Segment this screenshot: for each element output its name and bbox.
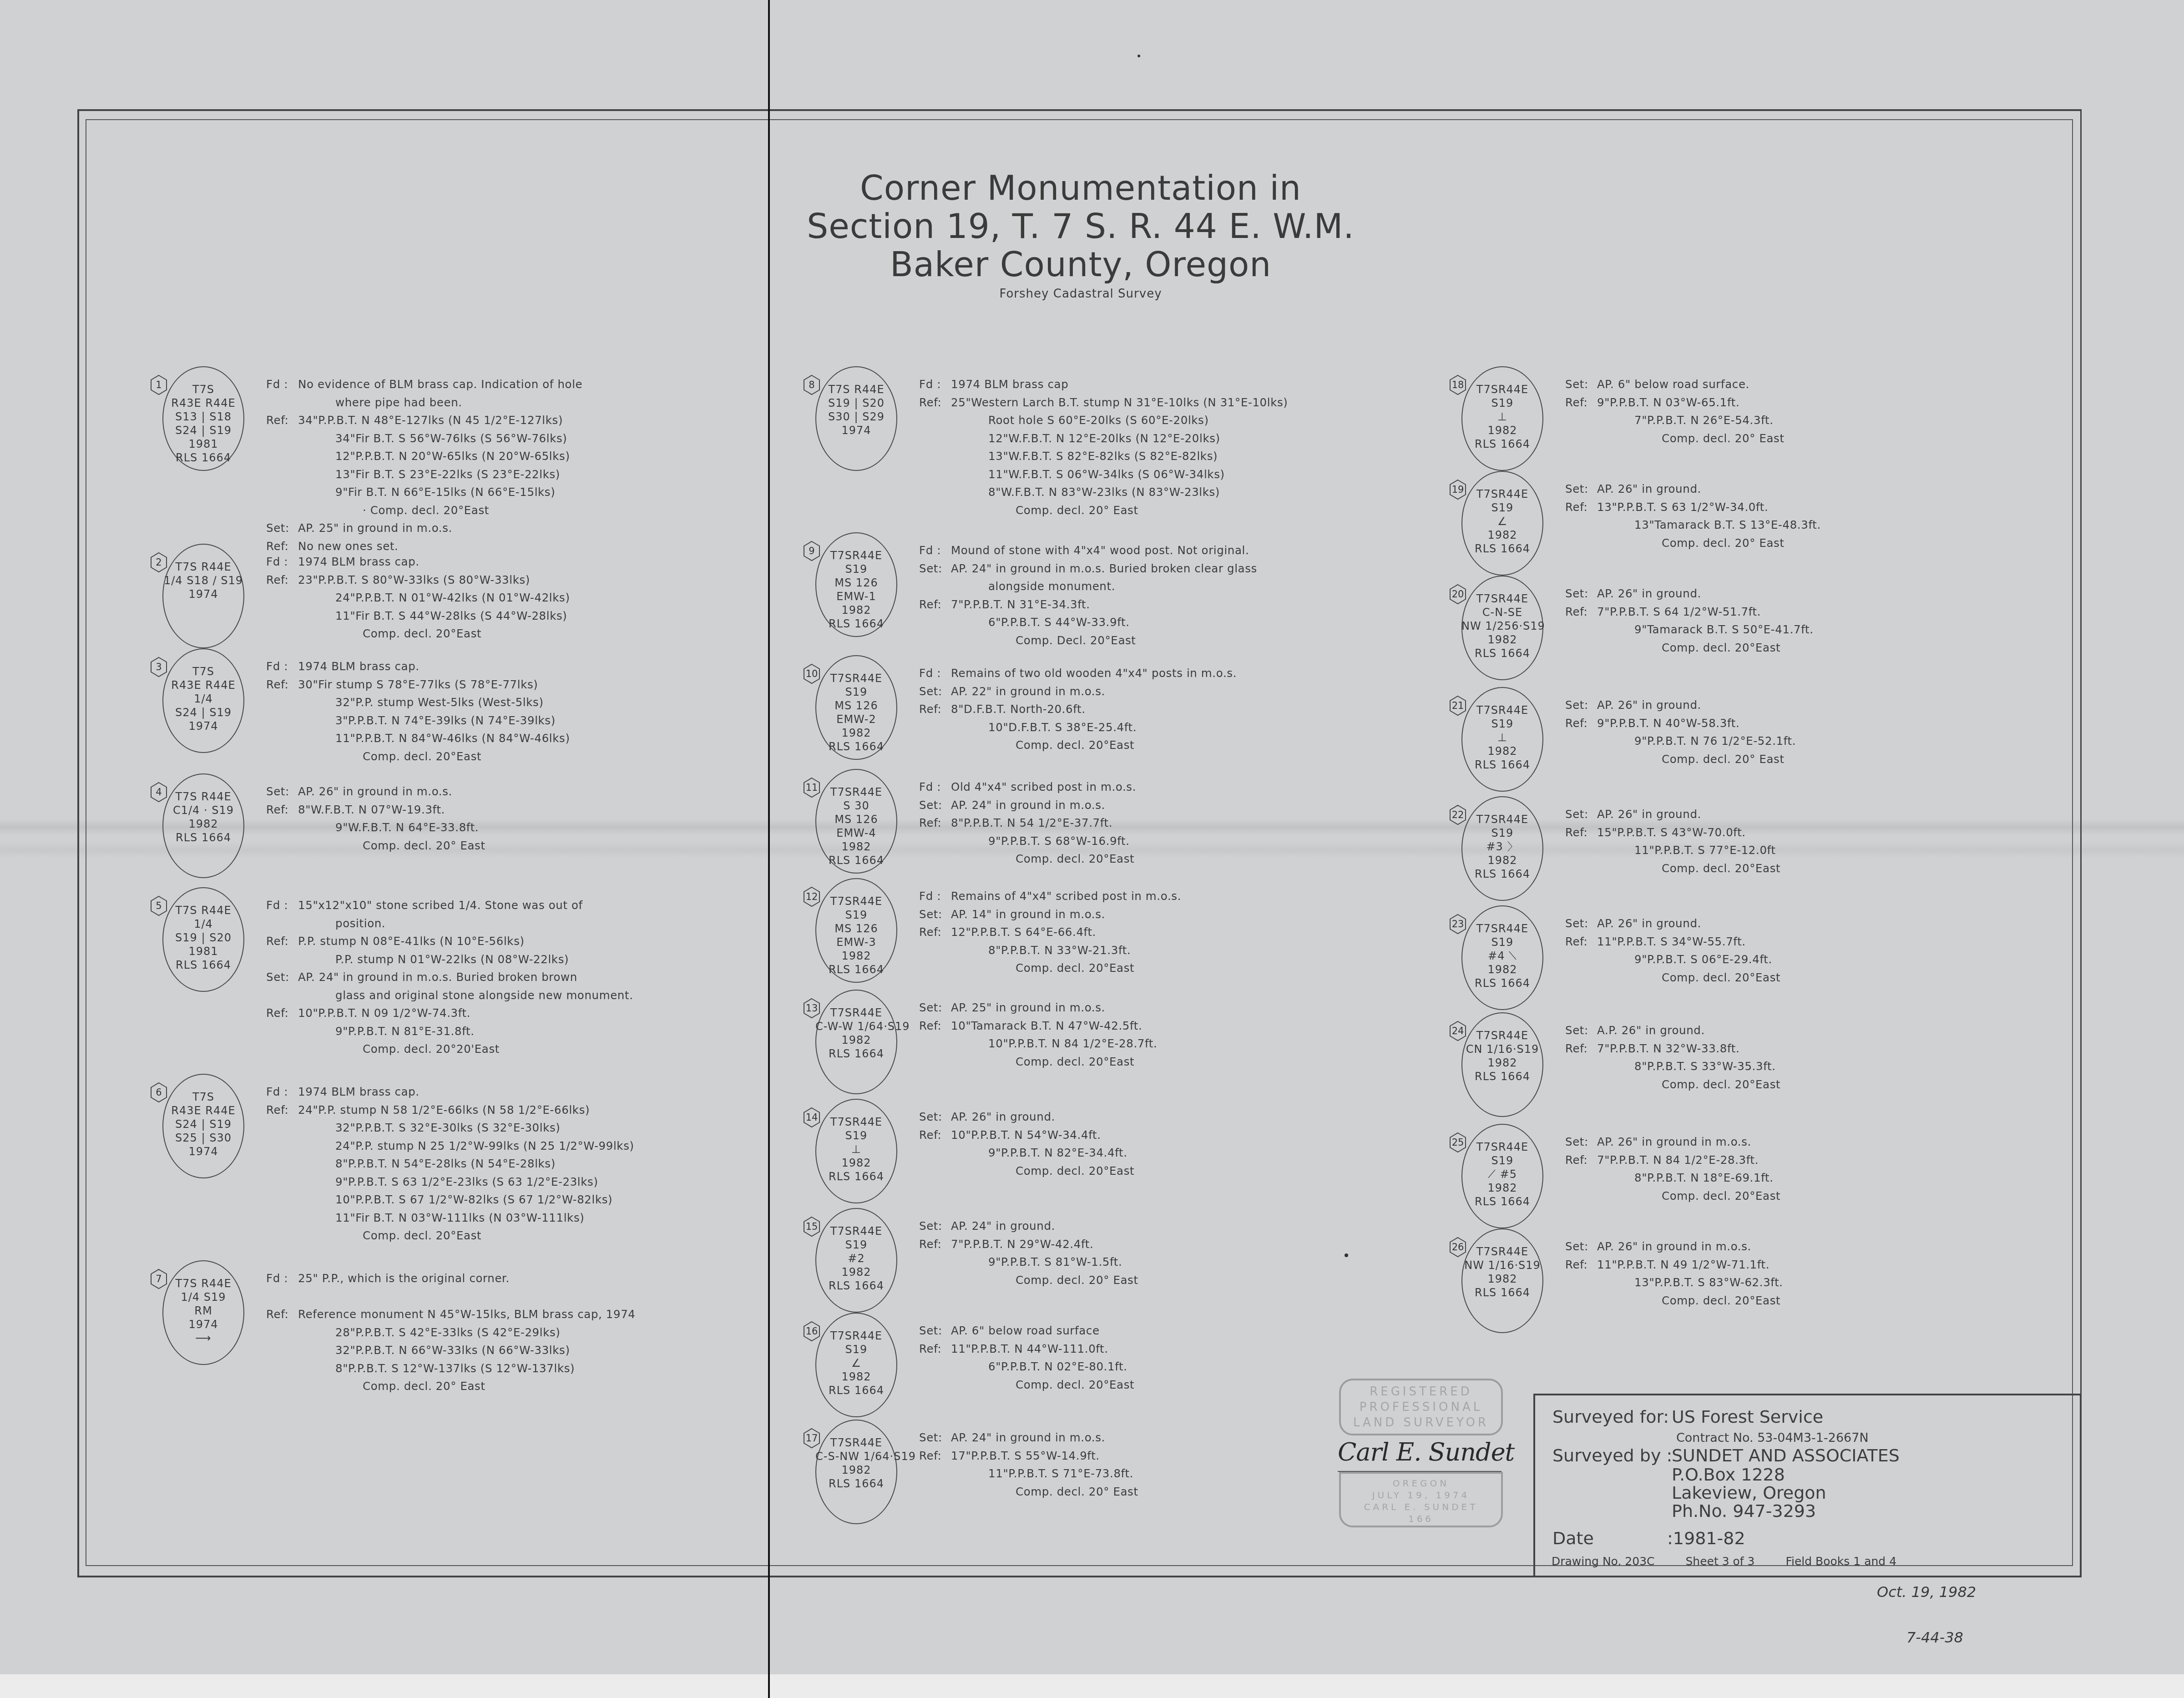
- note-label: Set:: [919, 682, 951, 701]
- note-text: Comp. decl. 20° East: [298, 837, 485, 855]
- note-text: 8"P.P.B.T. N 33°W-21.3ft.: [951, 941, 1131, 960]
- note-line: Comp. decl. 20° East: [1565, 430, 1785, 448]
- corner-number-badge: 2: [150, 552, 168, 573]
- note-text: position.: [298, 915, 385, 933]
- inscription-line: 1981: [162, 945, 244, 958]
- corner-notes: Set:AP. 26" in ground.Ref:10"P.P.B.T. N …: [919, 1108, 1134, 1180]
- note-text: Comp. decl. 20°East: [298, 625, 481, 643]
- recorded-number: 7-44-38: [1906, 1629, 1963, 1646]
- monument-inscription: T7SR44ES19#3 〉1982RLS 1664: [1461, 813, 1543, 881]
- note-line: Set:AP. 6" below road surface.: [1565, 375, 1785, 394]
- title-block: Surveyed for: US Forest Service Contract…: [1533, 1394, 2082, 1577]
- note-label: [919, 1144, 951, 1162]
- inscription-line: CN 1/16·S19: [1461, 1042, 1543, 1056]
- inscription-line: ⟋ #5: [1461, 1167, 1543, 1181]
- monument-diagram: T7S R44E1/4 S18 / S1919742: [157, 544, 250, 651]
- note-line: Set:AP. 24" in ground in m.o.s. Buried b…: [266, 968, 633, 986]
- note-label: [1565, 750, 1597, 768]
- inscription-line: S19: [1461, 935, 1543, 949]
- inscription-line: T7S: [162, 1090, 244, 1104]
- corner-number: 23: [1449, 914, 1467, 935]
- note-label: [919, 613, 951, 632]
- note-label: Ref:: [1565, 933, 1597, 951]
- corner-notes: Fd :No evidence of BLM brass cap. Indica…: [266, 375, 582, 555]
- inscription-line: S24 | S19: [162, 706, 244, 719]
- note-text: 10"Tamarack B.T. N 47°W-42.5ft.: [951, 1017, 1142, 1035]
- note-text: alongside monument.: [951, 577, 1115, 596]
- monument-diagram: T7SR43E R44ES13 | S18S24 | S191981RLS 16…: [157, 366, 250, 473]
- note-label: [266, 1137, 298, 1155]
- note-label: Ref:: [1565, 394, 1597, 412]
- note-line: 8"P.P.B.T. S 12°W-137lks (S 12°W-137lks): [266, 1359, 636, 1378]
- note-text: AP. 22" in ground in m.o.s.: [951, 682, 1105, 701]
- monument-inscription: T7SR44ES19∠1982RLS 1664: [1461, 487, 1543, 556]
- corner-number: 3: [150, 657, 168, 677]
- note-line: Comp. decl. 20°East: [266, 625, 570, 643]
- note-label: Set:: [1565, 915, 1597, 933]
- note-text: 34"P.P.B.T. N 48°E-127lks (N 45 1/2°E-12…: [298, 411, 563, 430]
- note-label: [919, 1253, 951, 1271]
- inscription-line: RLS 1664: [815, 963, 897, 976]
- corner-number: 22: [1449, 804, 1467, 825]
- monument-diagram: T7SR44ES19∠1982RLS 166416: [810, 1313, 903, 1420]
- note-text: 11"P.P.B.T. S 77°E-12.0ft: [1597, 841, 1776, 859]
- inscription-line: C1/4 · S19: [162, 804, 244, 817]
- note-label: [1565, 621, 1597, 639]
- note-text: 6"P.P.B.T. S 44°W-33.9ft.: [951, 613, 1130, 632]
- note-line: Comp. decl. 20°East: [919, 959, 1181, 977]
- drawing-title: Corner Monumentation in Section 19, T. 7…: [755, 169, 1406, 302]
- inscription-line: RLS 1664: [162, 451, 244, 465]
- note-label: Ref:: [266, 676, 298, 694]
- note-text: Remains of two old wooden 4"x4" posts in…: [951, 664, 1237, 682]
- note-line: 9"W.F.B.T. N 64°E-33.8ft.: [266, 819, 485, 837]
- note-label: [266, 986, 298, 1005]
- note-label: Ref:: [919, 1340, 951, 1358]
- note-line: 12"W.F.B.T. N 12°E-20lks (N 12°E-20lks): [919, 430, 1288, 448]
- note-line: Ref:12"P.P.B.T. S 64°E-66.4ft.: [919, 923, 1181, 941]
- stamp-text: CARL E. SUNDET: [1341, 1501, 1501, 1513]
- note-label: Ref:: [919, 1447, 951, 1465]
- note-label: [919, 1358, 951, 1376]
- note-line: 6"P.P.B.T. S 44°W-33.9ft.: [919, 613, 1257, 632]
- note-text: Comp. decl. 20°East: [1597, 639, 1780, 657]
- corner-notes: Fd :25" P.P., which is the original corn…: [266, 1269, 636, 1395]
- note-line: 6"P.P.B.T. N 02°E-80.1ft.: [919, 1358, 1134, 1376]
- note-line: 9"P.P.B.T. S 68°W-16.9ft.: [919, 832, 1136, 850]
- note-text: 10"P.P.B.T. N 54°W-34.4ft.: [951, 1126, 1101, 1144]
- monument-inscription: T7S R44E1/4S19 | S201981RLS 1664: [162, 904, 244, 972]
- note-text: Comp. decl. 20°East: [951, 850, 1134, 868]
- note-label: [266, 1359, 298, 1378]
- scan-fold-line: [768, 0, 770, 1698]
- inscription-line: C-N-SE: [1461, 606, 1543, 619]
- note-text: [298, 1288, 302, 1306]
- inscription-line: R43E R44E: [162, 396, 244, 410]
- inscription-line: R43E R44E: [162, 678, 244, 692]
- note-label: [266, 394, 298, 412]
- note-label: Fd :: [919, 664, 951, 682]
- corner-number: 18: [1449, 374, 1467, 395]
- note-label: [1565, 732, 1597, 750]
- note-line: 11"W.F.B.T. S 06°W-34lks (S 06°W-34lks): [919, 465, 1288, 484]
- inscription-line: RLS 1664: [815, 854, 897, 867]
- note-text: 10"D.F.B.T. S 38°E-25.4ft.: [951, 718, 1137, 737]
- monument-inscription: T7SR43E R44ES24 | S19S25 | S301974: [162, 1090, 244, 1158]
- note-label: Ref:: [919, 394, 951, 412]
- inscription-line: 1/4: [162, 692, 244, 706]
- note-line: Comp. decl. 20°East: [1565, 1187, 1780, 1205]
- corner-number-badge: 19: [1449, 479, 1467, 500]
- note-line: Ref:25"Western Larch B.T. stump N 31°E-1…: [919, 394, 1288, 412]
- note-line: Fd :25" P.P., which is the original corn…: [266, 1269, 636, 1288]
- note-label: Fd :: [919, 887, 951, 905]
- note-text: 13"Tamarack B.T. S 13°E-48.3ft.: [1597, 516, 1821, 534]
- note-text: Comp. decl. 20° East: [951, 1483, 1138, 1501]
- note-label: [919, 1035, 951, 1053]
- monument-diagram: T7SR44ES19MS 126EMW-21982RLS 166410: [810, 655, 903, 762]
- note-label: Set:: [266, 519, 298, 537]
- inscription-line: 1982: [162, 817, 244, 831]
- note-text: where pipe had been.: [298, 394, 462, 412]
- inscription-line: 1982: [1461, 744, 1543, 758]
- title-block-footer: Drawing No. 203C Sheet 3 of 3 Field Book…: [1552, 1555, 1924, 1568]
- inscription-line: T7SR44E: [1461, 703, 1543, 717]
- inscription-line: NW 1/16·S19: [1461, 1258, 1543, 1272]
- note-text: AP. 24" in ground.: [951, 1217, 1055, 1235]
- stamp-text: REGISTERED: [1341, 1384, 1501, 1400]
- inscription-line: 1982: [1461, 424, 1543, 437]
- inscription-line: S19: [1461, 501, 1543, 515]
- note-label: [919, 577, 951, 596]
- corner-number: 2: [150, 552, 168, 573]
- sheet-number: Sheet 3 of 3: [1685, 1555, 1754, 1568]
- inscription-line: T7SR44E: [1461, 383, 1543, 396]
- inscription-line: 1982: [815, 726, 897, 740]
- note-text: 11"W.F.B.T. S 06°W-34lks (S 06°W-34lks): [951, 465, 1225, 484]
- note-text: 13"P.P.B.T. S 63 1/2°W-34.0ft.: [1597, 498, 1768, 516]
- note-line: Comp. decl. 20°East: [266, 748, 570, 766]
- note-line: Ref:7"P.P.B.T. S 64 1/2°W-51.7ft.: [1565, 603, 1814, 621]
- corner-number-badge: 3: [150, 657, 168, 677]
- note-text: AP. 24" in ground in m.o.s.: [951, 796, 1105, 814]
- note-label: Ref:: [1565, 714, 1597, 733]
- note-label: [1565, 1169, 1597, 1187]
- corner-notes: Set:AP. 26" in ground.Ref:11"P.P.B.T. S …: [1565, 915, 1780, 986]
- note-text: Comp. decl. 20° East: [298, 1377, 485, 1395]
- note-text: Mound of stone with 4"x4" wood post. Not…: [951, 541, 1249, 560]
- note-line: 13"Tamarack B.T. S 13°E-48.3ft.: [1565, 516, 1821, 534]
- note-text: glass and original stone alongside new m…: [298, 986, 633, 1005]
- note-text: 12"P.P.B.T. S 64°E-66.4ft.: [951, 923, 1096, 941]
- note-line: Set:AP. 26" in ground.: [919, 1108, 1134, 1126]
- note-text: Root hole S 60°E-20lks (S 60°E-20lks): [951, 411, 1209, 430]
- monument-inscription: T7S R44EC1/4 · S191982RLS 1664: [162, 790, 244, 844]
- note-text: 8"P.P.B.T. N 54 1/2°E-37.7ft.: [951, 814, 1112, 832]
- note-text: No evidence of BLM brass cap. Indication…: [298, 375, 582, 394]
- inscription-line: 1982: [1461, 528, 1543, 542]
- note-label: [266, 729, 298, 748]
- note-text: AP. 24" in ground in m.o.s. Buried broke…: [951, 560, 1257, 578]
- corner-number: 25: [1449, 1132, 1467, 1153]
- note-line: 8"P.P.B.T. N 54°E-28lks (N 54°E-28lks): [266, 1155, 634, 1173]
- inscription-line: T7S R44E: [162, 790, 244, 804]
- inscription-line: S 30: [815, 799, 897, 813]
- inscription-line: T7SR44E: [1461, 592, 1543, 606]
- inscription-line: ∠: [1461, 515, 1543, 528]
- note-line: Comp. decl. 20°East: [1565, 639, 1814, 657]
- note-line: Ref:8"P.P.B.T. N 54 1/2°E-37.7ft.: [919, 814, 1136, 832]
- note-text: 34"Fir B.T. S 56°W-76lks (S 56°W-76lks): [298, 430, 567, 448]
- note-line: Ref:10"P.P.B.T. N 54°W-34.4ft.: [919, 1126, 1134, 1144]
- note-label: [1565, 1187, 1597, 1205]
- monument-inscription: T7S R44ES19 | S20S30 | S291974: [815, 383, 897, 437]
- inscription-line: S19: [815, 1238, 897, 1252]
- note-line: Set:AP. 26" in ground.: [1565, 585, 1814, 603]
- note-line: Set:AP. 26" in ground in m.o.s.: [1565, 1238, 1783, 1256]
- note-text: AP. 26" in ground.: [1597, 915, 1701, 933]
- note-label: Ref:: [919, 700, 951, 718]
- corner-number: 19: [1449, 479, 1467, 500]
- note-text: AP. 24" in ground in m.o.s. Buried broke…: [298, 968, 577, 986]
- corner-number-badge: 15: [803, 1216, 821, 1237]
- note-line: 9"Fir B.T. N 66°E-15lks (N 66°E-15lks): [266, 483, 582, 501]
- corner-notes: Fd :1974 BLM brass cap.Ref:24"P.P. stump…: [266, 1083, 634, 1245]
- monument-diagram: T7S R44EC1/4 · S191982RLS 16644: [157, 773, 250, 880]
- note-label: [266, 483, 298, 501]
- inscription-line: EMW-3: [815, 935, 897, 949]
- corner-number: 1: [150, 374, 168, 395]
- inscription-line: NW 1/256·S19: [1461, 619, 1543, 633]
- note-label: [1565, 841, 1597, 859]
- note-line: 11"P.P.B.T. S 77°E-12.0ft: [1565, 841, 1780, 859]
- corner-notes: Set:AP. 25" in ground in m.o.s.Ref:10"Ta…: [919, 999, 1157, 1071]
- stamp-text: JULY 19, 1974: [1341, 1489, 1501, 1501]
- corner-number-badge: 9: [803, 541, 821, 561]
- note-label: Fd :: [266, 375, 298, 394]
- note-text: AP. 26" in ground in m.o.s.: [1597, 1133, 1751, 1151]
- note-line: Comp. decl. 20°East: [919, 736, 1237, 754]
- corner-notes: Fd :Remains of 4"x4" scribed post in m.o…: [919, 887, 1181, 977]
- note-text: 1974 BLM brass cap.: [298, 657, 420, 676]
- note-text: 8"W.F.B.T. N 83°W-23lks (N 83°W-23lks): [951, 483, 1220, 501]
- inscription-line: RLS 1664: [1461, 976, 1543, 990]
- note-line: Ref:9"P.P.B.T. N 03°W-65.1ft.: [1565, 394, 1785, 412]
- corner-number-badge: 7: [150, 1268, 168, 1289]
- note-label: Ref:: [1565, 1151, 1597, 1169]
- note-label: Set:: [919, 560, 951, 578]
- note-line: Fd :1974 BLM brass cap.: [266, 1083, 634, 1101]
- note-label: Ref:: [266, 1101, 298, 1119]
- inscription-line: MS 126: [815, 813, 897, 826]
- inscription-line: 1981: [162, 437, 244, 451]
- corner-number-badge: 17: [803, 1428, 821, 1449]
- note-label: [266, 625, 298, 643]
- note-label: Fd :: [266, 1083, 298, 1101]
- inscription-line: S19: [815, 1129, 897, 1142]
- corner-number: 15: [803, 1216, 821, 1237]
- note-label: Set:: [919, 999, 951, 1017]
- note-line: Comp. decl. 20°East: [1565, 1076, 1780, 1094]
- note-label: [266, 1324, 298, 1342]
- note-line: · Comp. decl. 20°East: [266, 501, 582, 520]
- note-line: Ref:13"P.P.B.T. S 63 1/2°W-34.0ft.: [1565, 498, 1821, 516]
- note-label: [919, 850, 951, 868]
- note-line: 11"P.P.B.T. N 84°W-46lks (N 84°W-46lks): [266, 729, 570, 748]
- note-text: 10"P.P.B.T. S 67 1/2°W-82lks (S 67 1/2°W…: [298, 1191, 612, 1209]
- inscription-line: MS 126: [815, 699, 897, 713]
- note-text: AP. 26" in ground.: [951, 1108, 1055, 1126]
- monument-diagram: T7SR44ES19#21982RLS 166415: [810, 1208, 903, 1315]
- note-text: Comp. decl. 20°East: [1597, 1292, 1780, 1310]
- note-line: Set:A.P. 26" in ground.: [1565, 1021, 1780, 1040]
- corner-notes: Set:AP. 26" in ground.Ref:15"P.P.B.T. S …: [1565, 805, 1780, 877]
- note-label: Fd :: [266, 657, 298, 676]
- inscription-line: 1982: [815, 1463, 897, 1477]
- note-line: Ref:Reference monument N 45°W-15lks, BLM…: [266, 1305, 636, 1324]
- corner-number: 24: [1449, 1021, 1467, 1041]
- inscription-line: 1982: [815, 1265, 897, 1279]
- note-line: Set:AP. 26" in ground.: [1565, 480, 1821, 498]
- monument-diagram: T7SR44ES19∠1982RLS 166419: [1456, 471, 1549, 578]
- note-text: 12"W.F.B.T. N 12°E-20lks (N 12°E-20lks): [951, 430, 1220, 448]
- note-label: Set:: [1565, 1133, 1597, 1151]
- inscription-line: MS 126: [815, 922, 897, 935]
- note-line: Fd :15"x12"x10" stone scribed 1/4. Stone…: [266, 896, 633, 915]
- inscription-line: EMW-1: [815, 590, 897, 603]
- note-text: Remains of 4"x4" scribed post in m.o.s.: [951, 887, 1181, 905]
- corner-notes: Set:AP. 6" below road surfaceRef:11"P.P.…: [919, 1322, 1134, 1394]
- note-text: 9"W.F.B.T. N 64°E-33.8ft.: [298, 819, 479, 837]
- note-text: AP. 26" in ground.: [1597, 805, 1701, 824]
- note-line: Set:AP. 26" in ground in m.o.s.: [266, 783, 485, 801]
- note-label: [919, 736, 951, 754]
- corner-number-badge: 22: [1449, 804, 1467, 825]
- note-text: AP. 14" in ground in m.o.s.: [951, 905, 1105, 924]
- inscription-line: T7SR44E: [1461, 922, 1543, 935]
- inscription-line: 1982: [1461, 854, 1543, 867]
- note-line: Fd :Mound of stone with 4"x4" wood post.…: [919, 541, 1257, 560]
- note-line: Set:AP. 24" in ground.: [919, 1217, 1138, 1235]
- inscription-line: RLS 1664: [1461, 1195, 1543, 1208]
- note-text: 15"x12"x10" stone scribed 1/4. Stone was…: [298, 896, 583, 915]
- inscription-line: T7S: [162, 383, 244, 396]
- monument-inscription: T7SR44EC-W-W 1/64·S191982RLS 1664: [815, 1006, 897, 1061]
- note-line: 9"P.P.B.T. N 76 1/2°E-52.1ft.: [1565, 732, 1796, 750]
- note-line: Comp. decl. 20° East: [266, 837, 485, 855]
- inscription-line: S19: [1461, 1154, 1543, 1167]
- note-line: Ref:11"P.P.B.T. N 44°W-111.0ft.: [919, 1340, 1134, 1358]
- surveyor-signature: Carl E. Sundet: [1338, 1438, 1514, 1466]
- drawing-number: Drawing No. 203C: [1552, 1555, 1655, 1568]
- inscription-line: 1982: [815, 840, 897, 854]
- note-text: 9"Fir B.T. N 66°E-15lks (N 66°E-15lks): [298, 483, 555, 501]
- note-label: [266, 693, 298, 712]
- note-text: 8"P.P.B.T. N 54°E-28lks (N 54°E-28lks): [298, 1155, 556, 1173]
- monument-diagram: T7SR44ES19⊥1982RLS 166421: [1456, 687, 1549, 794]
- note-line: 9"Tamarack B.T. S 50°E-41.7ft.: [1565, 621, 1814, 639]
- corner-number-badge: 26: [1449, 1237, 1467, 1258]
- note-label: [919, 1053, 951, 1071]
- note-line: Ref:17"P.P.B.T. S 55°W-14.9ft.: [919, 1447, 1138, 1465]
- inscription-line: T7S R44E: [162, 560, 244, 574]
- note-label: [266, 1173, 298, 1191]
- note-text: Comp. decl. 20°East: [298, 1227, 481, 1245]
- corner-number-badge: 13: [803, 998, 821, 1019]
- note-label: [1565, 516, 1597, 534]
- inscription-line: T7S R44E: [815, 383, 897, 396]
- corner-number-badge: 21: [1449, 695, 1467, 716]
- speck: [1137, 55, 1140, 57]
- note-line: alongside monument.: [919, 577, 1257, 596]
- note-label: [919, 1376, 951, 1394]
- note-line: 7"P.P.B.T. N 26°E-54.3ft.: [1565, 411, 1785, 430]
- field-books: Field Books 1 and 4: [1785, 1555, 1896, 1568]
- note-line: Set:AP. 26" in ground in m.o.s.: [1565, 1133, 1780, 1151]
- note-line: 11"Fir B.T. N 03°W-111lks (N 03°W-111lks…: [266, 1209, 634, 1227]
- inscription-line: 1982: [1461, 1056, 1543, 1070]
- note-line: Comp. decl. 20°20'East: [266, 1040, 633, 1058]
- corner-number-badge: 18: [1449, 374, 1467, 395]
- monument-inscription: T7S R44E1/4 S19RM1974⟶: [162, 1277, 244, 1345]
- corner-number-badge: 5: [150, 895, 168, 916]
- monument-diagram: T7SR44EC-N-SENW 1/256·S191982RLS 166420: [1456, 576, 1549, 682]
- monument-diagram: T7SR44ES19⊥1982RLS 166418: [1456, 366, 1549, 473]
- note-label: Ref:: [919, 596, 951, 614]
- inscription-line: T7SR44E: [815, 1224, 897, 1238]
- note-label: [266, 1155, 298, 1173]
- corner-number: 8: [803, 374, 821, 395]
- title-line-1: Corner Monumentation in: [755, 169, 1406, 207]
- note-line: 10"D.F.B.T. S 38°E-25.4ft.: [919, 718, 1237, 737]
- title-line-2: Section 19, T. 7 S. R. 44 E. W.M.: [755, 207, 1406, 246]
- surveyed-by-label: Surveyed by :: [1552, 1445, 1672, 1466]
- surveyor-stamp-bottom: OREGONJULY 19, 1974CARL E. SUNDET166: [1339, 1472, 1503, 1527]
- inscription-line: ∠: [815, 1356, 897, 1370]
- note-label: Set:: [919, 1322, 951, 1340]
- inscription-line: RLS 1664: [815, 1170, 897, 1183]
- note-text: 32"P.P.B.T. S 32°E-30lks (S 32°E-30lks): [298, 1119, 561, 1137]
- note-text: 13"P.P.B.T. S 83°W-62.3ft.: [1597, 1273, 1783, 1292]
- note-line: Fd :No evidence of BLM brass cap. Indica…: [266, 375, 582, 394]
- note-line: 8"P.P.B.T. N 33°W-21.3ft.: [919, 941, 1181, 960]
- inscription-line: C-S-NW 1/64·S19: [815, 1450, 897, 1463]
- inscription-line: T7S R44E: [162, 904, 244, 917]
- note-line: 24"P.P. stump N 25 1/2°W-99lks (N 25 1/2…: [266, 1137, 634, 1155]
- inscription-line: S19 | S20: [162, 931, 244, 945]
- monument-inscription: T7SR44ENW 1/16·S191982RLS 1664: [1461, 1245, 1543, 1299]
- inscription-line: T7SR44E: [1461, 487, 1543, 501]
- inscription-line: #4 ⟍: [1461, 949, 1543, 963]
- note-label: [266, 1377, 298, 1395]
- corner-number-badge: 14: [803, 1107, 821, 1128]
- inscription-line: 1974: [162, 719, 244, 733]
- note-text: 7"P.P.B.T. N 29°W-42.4ft.: [951, 1235, 1093, 1253]
- inscription-line: EMW-2: [815, 713, 897, 726]
- surveyed-by-value: SUNDET AND ASSOCIATES: [1672, 1445, 1900, 1466]
- note-text: AP. 26" in ground in m.o.s.: [298, 783, 452, 801]
- note-label: [919, 465, 951, 484]
- note-text: Comp. decl. 20°East: [951, 1162, 1134, 1180]
- note-line: Ref:30"Fir stump S 78°E-77lks (S 78°E-77…: [266, 676, 570, 694]
- note-line: 9"P.P.B.T. S 81°W-1.5ft.: [919, 1253, 1138, 1271]
- corner-number-badge: 25: [1449, 1132, 1467, 1153]
- inscription-line: 1982: [815, 603, 897, 617]
- inscription-line: T7SR44E: [815, 1436, 897, 1450]
- note-text: Comp. decl. 20°East: [951, 1053, 1134, 1071]
- note-text: 9"P.P.B.T. N 03°W-65.1ft.: [1597, 394, 1739, 412]
- note-line: Fd :Remains of 4"x4" scribed post in m.o…: [919, 887, 1181, 905]
